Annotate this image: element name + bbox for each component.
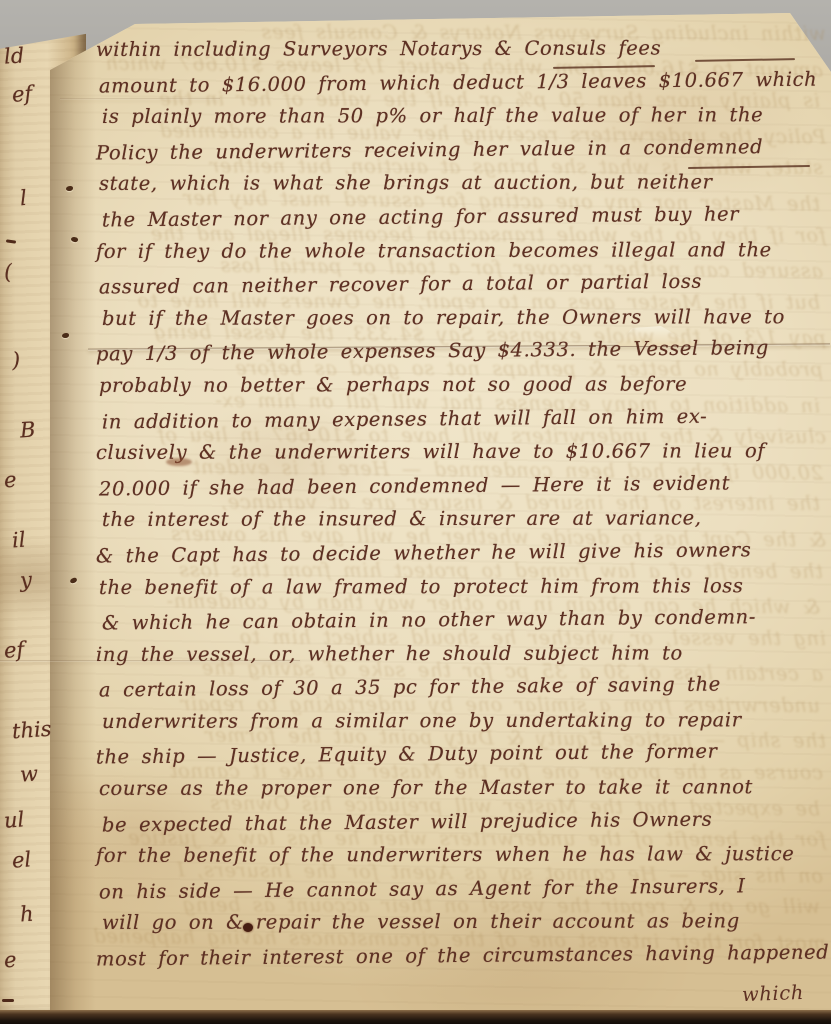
handwriting-line: within including Surveyors Notarys & Con… <box>96 33 826 69</box>
handwriting-line: ing the vessel, or, whether he should su… <box>96 638 826 674</box>
handwriting-line: probably no better & perhaps not so good… <box>99 369 826 404</box>
page-edge-fragment: ef <box>11 81 33 106</box>
page-edge-fragment: ( <box>3 260 13 285</box>
handwriting-line: most for their interest one of the circu… <box>96 938 826 979</box>
letter-body: within including Surveyors Notarys & Con… <box>96 34 826 975</box>
handwriting-line: clusively & the underwriters will have t… <box>96 436 826 472</box>
handwriting-line: be expected that the Master will prejudi… <box>102 803 826 844</box>
handwriting-line: the Master nor any one acting for assure… <box>102 198 826 239</box>
handwriting-line: but if the Master goes on to repair, the… <box>102 302 826 337</box>
handwriting-line: in addition to many expenses that will f… <box>102 400 826 441</box>
page-edge-fragment: B <box>19 417 36 442</box>
handwriting-line: amount to $16.000 from which deduct 1/3 … <box>99 64 826 105</box>
page-edge-fragment: ul <box>3 807 25 832</box>
handwriting-line: for if they do the whole transaction bec… <box>96 235 826 271</box>
handwriting-line: on his side — He cannot say as Agent for… <box>99 870 826 911</box>
handwriting-line: the ship — Justice, Equity & Duty point … <box>96 736 826 777</box>
handwriting-line: is plainly more than 50 p% or half the v… <box>102 100 826 135</box>
handwriting-line: underwriters from a similar one by under… <box>102 705 826 740</box>
margin-mark <box>2 999 14 1002</box>
handwriting-line: a certain loss of 30 a 35 pc for the sak… <box>99 669 826 710</box>
handwriting-line: 20.000 if she had been condemned — Here … <box>99 467 826 508</box>
page-edge-fragment: h <box>19 902 34 927</box>
page-edge-fragment: el <box>11 847 32 872</box>
page-edge-fragment: ef <box>3 637 25 662</box>
catchword: which <box>742 981 805 1006</box>
handwriting-line: & which he can obtain in no other way th… <box>102 602 826 643</box>
page-edge-fragment: w <box>19 761 39 786</box>
handwriting-line: the interest of the insured & insurer ar… <box>102 503 826 538</box>
page-edge-fragment: e <box>3 468 17 493</box>
handwriting-line: for the benefit of the underwriters when… <box>96 839 826 875</box>
letter-scan: within including Surveyors Notarys & Con… <box>0 0 831 1024</box>
page-edge-fragment: il <box>11 528 26 553</box>
page-edge-fragment: y <box>19 568 33 593</box>
handwriting-line: the benefit of a law framed to protect h… <box>99 571 826 606</box>
page-edge-fragment: ) <box>11 348 21 373</box>
page-edge-fragment: l <box>19 186 27 210</box>
scan-table-edge <box>0 1010 831 1024</box>
handwriting-line: assured can neither recover for a total … <box>99 266 826 307</box>
handwriting-line: & the Capt has to decide whether he will… <box>96 534 826 575</box>
page-edge-fragment: this <box>11 717 52 744</box>
binding-gutter-shadow <box>50 8 96 1014</box>
page-edge-fragment: ld <box>3 43 25 68</box>
handwriting-line: will go on & repair the vessel on their … <box>102 906 826 941</box>
paper-stain <box>166 458 192 466</box>
handwriting-line: course as the proper one for the Master … <box>99 772 826 807</box>
page-edge-fragment: e <box>3 948 17 973</box>
handwriting-line: state, which is what she brings at aucti… <box>99 167 826 202</box>
ink-blot <box>243 923 253 932</box>
handwriting-line: pay 1/3 of the whole expenses Say $4.333… <box>96 333 826 374</box>
